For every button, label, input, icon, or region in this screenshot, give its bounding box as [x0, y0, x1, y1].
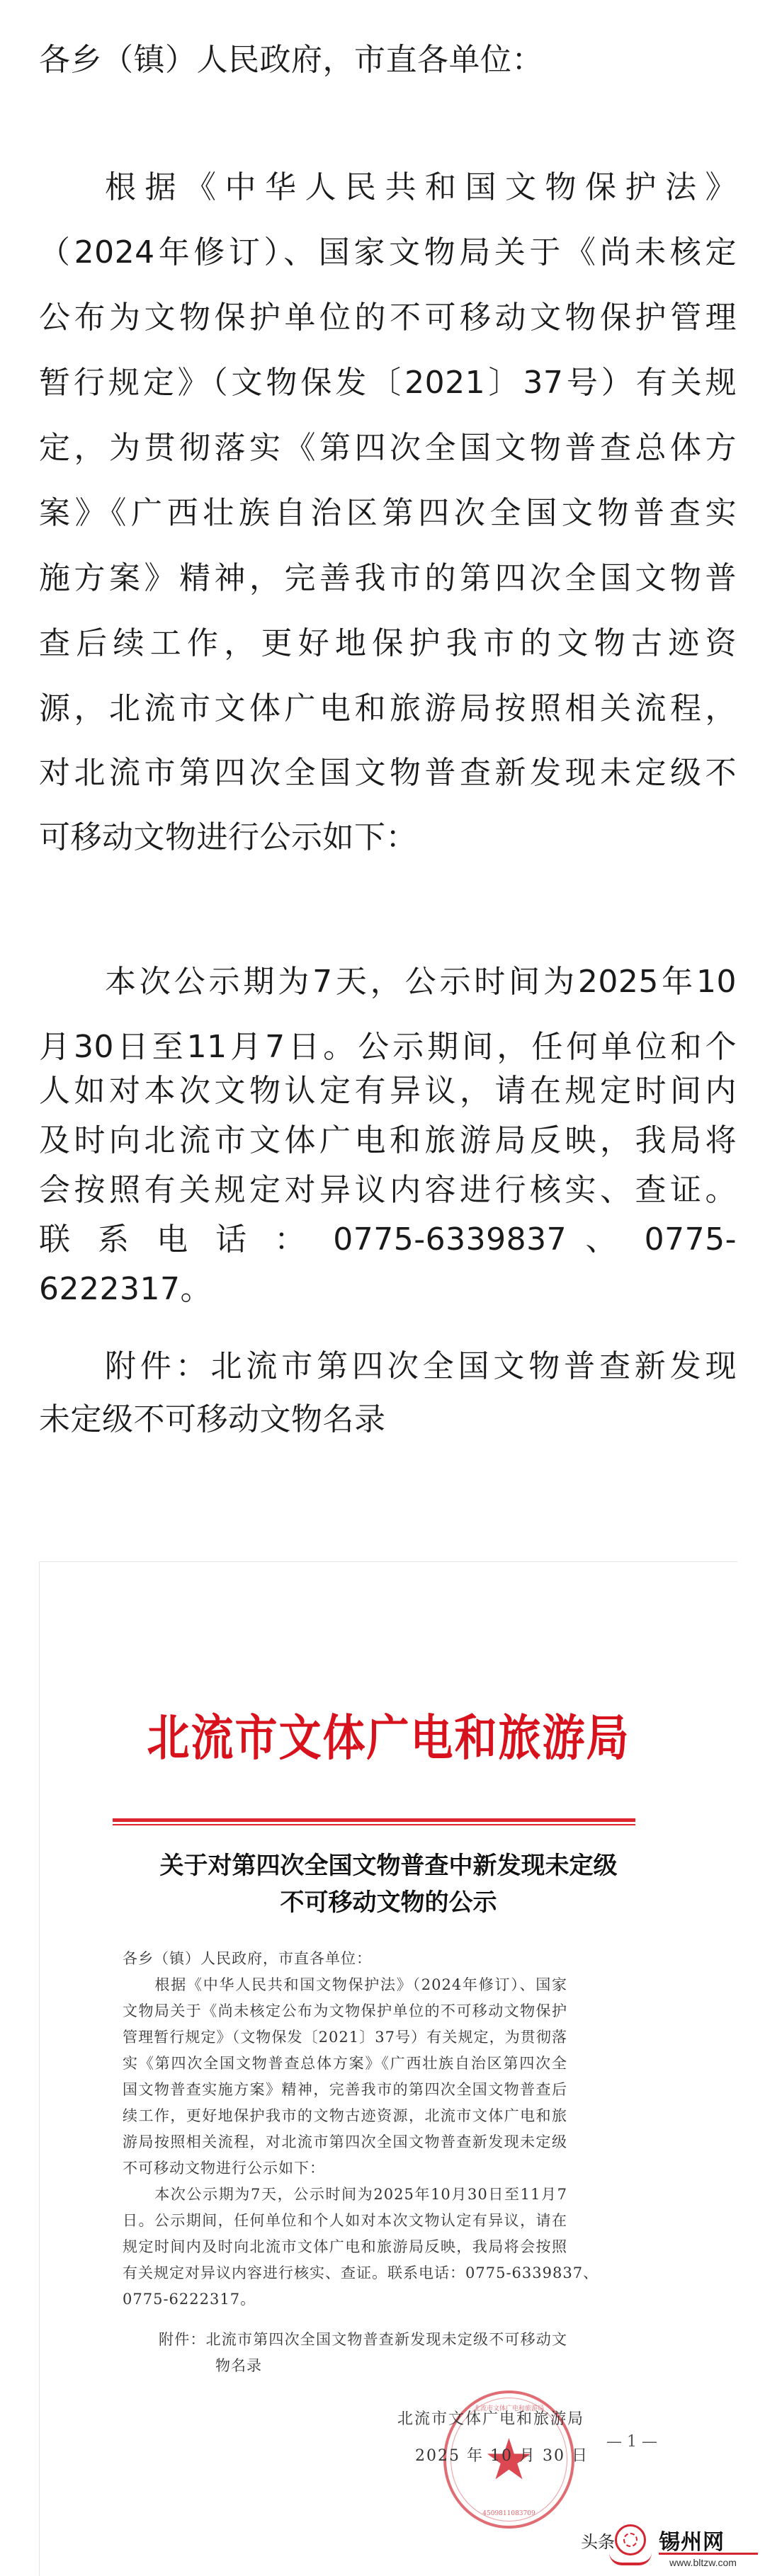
- signature-date: 2025 年 10 月 30 日: [415, 2444, 589, 2466]
- contact-phone-line: 联 系 电 话 ： 0775-6339837 、 0775-: [39, 1219, 737, 1261]
- document-body-line: 0775-6222317。: [123, 2289, 567, 2310]
- paragraph1-line: 定，为贯彻落实《第四次全国文物普查总体方: [39, 427, 737, 469]
- watermark-site-name: 锡州网: [659, 2524, 725, 2555]
- attachment-line: 附件：北流市第四次全国文物普查新发现: [39, 1345, 737, 1388]
- document-body-line: 管理暂行规定》（文物保发〔2021〕37号）有关规定，为贯彻落: [123, 2027, 567, 2048]
- document-body-line: 游局按照相关流程，对北流市第四次全国文物普查新发现未定级: [123, 2131, 567, 2153]
- document-body-line: 实《第四次全国文物普查总体方案》《广西壮族自治区第四次全: [123, 2053, 567, 2074]
- paragraph1-line: 案》《广西壮族自治区第四次全国文物普查实: [39, 492, 737, 535]
- document-body-line: 有关规定对异议内容进行核实、查证。联系电话：0775-6339837、: [123, 2262, 567, 2284]
- watermark-underline: [659, 2553, 758, 2555]
- red-divider-thin: [113, 1824, 635, 1825]
- document-body-line: 不可移动文物进行公示如下：: [123, 2158, 567, 2179]
- contact-phone-line: 6222317。: [39, 1268, 737, 1311]
- document-attachment: 附件：北流市第四次全国文物普查新发现未定级不可移动文: [159, 2329, 567, 2350]
- paragraph2-line: 本次公示期为7天，公示时间为2025年10: [39, 961, 737, 1003]
- document-body-line: 文物局关于《尚未核定公布为文物保护单位的不可移动文物保护: [123, 2000, 567, 2022]
- paragraph1-line: 施方案》精神，完善我市的第四次全国文物普: [39, 557, 737, 600]
- site-watermark: 头条 锡州网 www.bltzw.com: [581, 2524, 765, 2576]
- paragraph1-line: 对北流市第四次全国文物普查新发现未定级不: [39, 752, 737, 794]
- document-body-line: 日。公示期间，任何单位和个人如对本次文物认定有异议，请在: [123, 2210, 567, 2231]
- document-body-line: 国文物普查实施方案》精神，完善我市的第四次全国文物普查后: [123, 2079, 567, 2100]
- signature-org: 北流市文体广电和旅游局: [397, 2407, 584, 2429]
- document-body-line: 本次公示期为7天，公示时间为2025年10月30日至11月7: [123, 2184, 567, 2205]
- document-salutation: 各乡（镇）人民政府，市直各单位：: [123, 1948, 567, 1969]
- document-body-line: 续工作，更好地保护我市的文物古迹资源，北流市文体广电和旅: [123, 2105, 567, 2126]
- paragraph2-line: 会按照有关规定对异议内容进行核实、查证。: [39, 1169, 737, 1212]
- document-title: 不可移动文物的公示: [40, 1888, 737, 1919]
- paragraph2-line: 及时向北流市文体广电和旅游局反映，我局将: [39, 1119, 737, 1162]
- watermark-prefix: 头条: [581, 2528, 615, 2553]
- paragraph1-line: （2024年修订）、国家文物局关于《尚未核定: [39, 232, 737, 274]
- paragraph1-line: 可移动文物进行公示如下：: [39, 816, 737, 859]
- ribbon-icon: [609, 2553, 652, 2565]
- document-title: 关于对第四次全国文物普查中新发现未定级: [40, 1851, 737, 1882]
- attachment-line: 未定级不可移动文物名录: [39, 1398, 737, 1441]
- paragraph1-line: 根据《中华人民共和国文物保护法》: [39, 166, 737, 209]
- salutation: 各乡（镇）人民政府，市直各单位：: [39, 39, 737, 81]
- document-header-org: 北流市文体广电和旅游局: [40, 1699, 737, 1769]
- document-attachment: 物名录: [215, 2355, 660, 2376]
- paragraph2-line: 人如对本次文物认定有异议，请在规定时间内: [39, 1070, 737, 1112]
- document-body-line: 根据《中华人民共和国文物保护法》（2024年修订）、国家: [123, 1974, 567, 1995]
- document-body-line: 规定时间内及时向北流市文体广电和旅游局反映，我局将会按照: [123, 2236, 567, 2257]
- seal-code: 4509811083709: [446, 2510, 572, 2517]
- page-number: — 1 —: [606, 2433, 657, 2451]
- site-logo-icon: [615, 2524, 646, 2555]
- paragraph1-line: 暂行规定》（文物保发〔2021〕37号）有关规: [39, 362, 737, 404]
- paragraph2-line: 月30日至11月7日。公示期间，任何单位和个: [39, 1026, 737, 1068]
- notice-document-image: 北流市文体广电和旅游局 关于对第四次全国文物普查中新发现未定级 不可移动文物的公…: [39, 1561, 737, 2576]
- red-divider: [113, 1818, 635, 1822]
- watermark-url: www.bltzw.com: [669, 2557, 737, 2568]
- paragraph1-line: 源，北流市文体广电和旅游局按照相关流程，: [39, 688, 737, 730]
- paragraph1-line: 查后续工作，更好地保护我市的文物古迹资: [39, 622, 737, 665]
- paragraph1-line: 公布为文物保护单位的不可移动文物保护管理: [39, 297, 737, 339]
